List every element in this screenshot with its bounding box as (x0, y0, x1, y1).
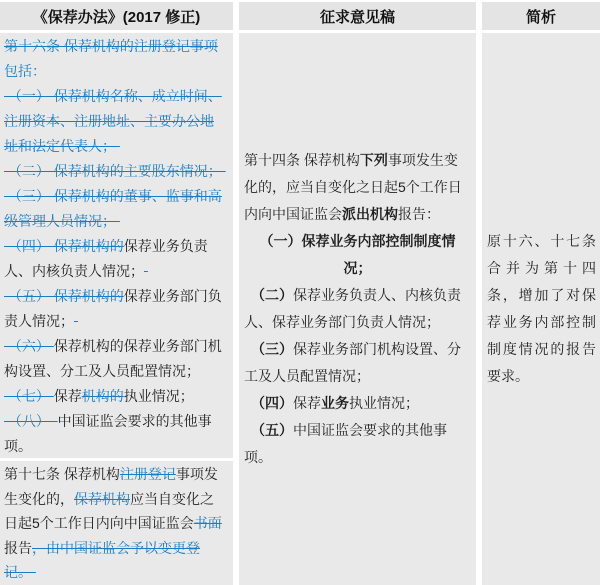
body-text: 保荐机构的保荐业务部门机 (54, 338, 222, 354)
deleted-text: （六） (4, 338, 54, 354)
deleted-text: （三） 保荐机构的董事、监事和高 (4, 188, 222, 204)
emphasized-text: （四） (251, 395, 293, 411)
text-line: 址和法定代表人； (4, 134, 231, 159)
deleted-text: （八） (4, 413, 58, 429)
text-line: （一） 保荐机构名称、成立时间、 (4, 84, 231, 109)
body-text: 责人情况； (4, 313, 74, 329)
body-text: 人、保荐业务部门负责人情况； (244, 314, 440, 330)
text-line: （五）中国证监会要求的其他事 (244, 417, 471, 444)
text-line: 生变化的，保荐机构应当自变化之 (4, 487, 231, 512)
body-text: 内向中国证监会 (244, 206, 342, 222)
body-text: 保荐业务负责人、内核负责 (293, 287, 461, 303)
text-line: （四） 保荐机构的保荐业务负责 (4, 234, 231, 259)
deleted-text: （七） (4, 388, 54, 404)
body-text: 项。 (244, 449, 272, 465)
deleted-text: （一） 保荐机构名称、成立时间、 (4, 88, 222, 104)
deleted-text: （二） 保荐机构的主要股东情况； (4, 163, 226, 179)
text-line: 构设置、分工及人员配置情况； (4, 359, 231, 384)
body-text: 中国证监会要求的其他事 (293, 422, 447, 438)
text-line: 注册资本、注册地址、主要办公地 (4, 109, 231, 134)
text-line: 人、保荐业务部门负责人情况； (244, 309, 471, 336)
emphasized-text: 派出机构 (342, 206, 398, 222)
body-text: 第十四条 保荐机构 (244, 152, 360, 168)
body-text: 项。 (4, 438, 32, 454)
text-line: 记。 (4, 560, 231, 585)
deleted-text: （四） 保荐机构的 (4, 238, 124, 254)
text-line: 包括： (4, 59, 231, 84)
text-line: 责人情况； (4, 309, 231, 334)
column-header-draft: 征求意见稿 (239, 2, 476, 30)
emphasized-text: （三） (251, 341, 293, 357)
text-line: （八） 中国证监会要求的其他事 (4, 409, 231, 434)
deleted-text: 注册登记 (120, 466, 176, 482)
body-text: 制度情况的报告 (487, 341, 596, 357)
emphasized-text: （二） (251, 287, 293, 303)
body-text: 要求。 (487, 368, 529, 384)
deleted-text: 注册资本、注册地址、主要办公地 (4, 113, 214, 129)
deleted-text: 书面 (194, 515, 222, 531)
body-text: 条，增加了对保 (487, 287, 596, 303)
text-line: （三）保荐业务部门机构设置、分 (244, 336, 471, 363)
body-text: 化的，应当自变化之日起5个工作日 (244, 179, 462, 195)
text-line: 原十六、十七条 (487, 228, 596, 255)
emphasized-text: 下列 (360, 152, 388, 168)
body-text: 中国证监会要求的其他事 (58, 413, 212, 429)
text-line: 项。 (4, 434, 231, 458)
text-line: 化的，应当自变化之日起5个工作日 (244, 174, 471, 201)
text-line: （七） 保荐机构的执业情况； (4, 384, 231, 409)
text-line: 工及人员配置情况； (244, 363, 471, 390)
emphasized-text: （五） (251, 422, 293, 438)
body-text: 保荐业务部门机构设置、分 (293, 341, 461, 357)
column-header-old-rules: 《保荐办法》(2017 修正) (0, 2, 233, 30)
comparison-table: 《保荐办法》(2017 修正) 征求意见稿 简析 第十六条 保荐机构的注册登记事… (0, 0, 600, 585)
deleted-text: 保荐机构 (74, 491, 130, 507)
draft-article-14-cell: 第十四条 保荐机构下列事项发生变化的，应当自变化之日起5个工作日内向中国证监会派… (239, 33, 476, 585)
body-text: 报告 (4, 540, 32, 556)
text-line: （四）保荐业务执业情况； (244, 390, 471, 417)
text-line: （一）保荐业务内部控制制度情 (244, 228, 471, 255)
text-line: 荐业务内部控制 (487, 309, 596, 336)
emphasized-text: 业务 (321, 395, 349, 411)
emphasized-text: （一）保荐业务内部控制制度情 (260, 233, 456, 249)
column-header-analysis: 简析 (482, 2, 600, 30)
text-line: 第十四条 保荐机构下列事项发生变 (244, 147, 471, 174)
text-line: 人、内核负责人情况； (4, 259, 231, 284)
deleted-text: 址和法定代表人； (4, 138, 120, 154)
body-text: 保荐 (293, 395, 321, 411)
deleted-text: 记。 (4, 564, 36, 580)
revision-text: 包括： (4, 63, 46, 79)
text-line: 级管理人员情况； (4, 209, 231, 234)
deleted-text: （五） 保荐机构的 (4, 288, 124, 304)
body-text: 事项发生变 (388, 152, 458, 168)
text-line: 条，增加了对保 (487, 282, 596, 309)
text-line: 第十六条 保荐机构的注册登记事项 (4, 34, 231, 59)
text-line: 制度情况的报告 (487, 336, 596, 363)
body-text: 事项发 (176, 466, 218, 482)
body-text: 工及人员配置情况； (244, 368, 370, 384)
body-text: 荐业务内部控制 (487, 314, 596, 330)
body-text: 保荐 (54, 388, 82, 404)
text-line: 项。 (244, 444, 471, 471)
old-rule-article-17-cell: 第十七条 保荐机构注册登记事项发生变化的，保荐机构应当自变化之日起5个工作日内向… (0, 461, 233, 585)
old-rule-article-16-cell: 第十六条 保荐机构的注册登记事项包括： （一） 保荐机构名称、成立时间、注册资本… (0, 33, 233, 458)
text-line: （三） 保荐机构的董事、监事和高 (4, 184, 231, 209)
deleted-text: 第十六条 保荐机构的注册登记事项 (4, 38, 218, 54)
body-text: 生变化的， (4, 491, 74, 507)
text-line: 内向中国证监会派出机构报告： (244, 201, 471, 228)
text-line: 要求。 (487, 363, 596, 390)
body-text: 执业情况； (124, 388, 194, 404)
deleted-text: 级管理人员情况； (4, 213, 120, 229)
body-text: 人、内核负责人情况； (4, 263, 144, 279)
deleted-text (74, 313, 78, 329)
text-line: 合并为第十四 (487, 255, 596, 282)
body-text: 构设置、分工及人员配置情况； (4, 363, 200, 379)
body-text: 合并为第十四 (487, 260, 596, 276)
analysis-cell: 原十六、十七条合并为第十四条，增加了对保荐业务内部控制制度情况的报告要求。 (482, 33, 600, 585)
body-text: 报告： (398, 206, 440, 222)
deleted-text: ，由中国证监会予以变更登 (32, 540, 200, 556)
emphasized-text: 况； (344, 260, 372, 276)
text-line: 报告，由中国证监会予以变更登 (4, 536, 231, 561)
text-line: （五） 保荐机构的保荐业务部门负 (4, 284, 231, 309)
body-text: 应当自变化之 (130, 491, 214, 507)
body-text: 第十七条 保荐机构 (4, 466, 120, 482)
body-text: 执业情况； (349, 395, 419, 411)
deleted-text (144, 263, 148, 279)
body-text: 日起5个工作日内向中国证监会 (4, 515, 194, 531)
text-line: 第十七条 保荐机构注册登记事项发 (4, 462, 231, 487)
body-text: 保荐业务部门负 (124, 288, 222, 304)
body-text: 原十六、十七条 (487, 233, 596, 249)
text-line: （二）保荐业务负责人、内核负责 (244, 282, 471, 309)
text-line: （二） 保荐机构的主要股东情况； (4, 159, 231, 184)
text-line: 况； (244, 255, 471, 282)
text-line: （六） 保荐机构的保荐业务部门机 (4, 334, 231, 359)
deleted-text: 机构的 (82, 388, 124, 404)
text-line: 日起5个工作日内向中国证监会书面 (4, 511, 231, 536)
body-text: 保荐业务负责 (124, 238, 208, 254)
